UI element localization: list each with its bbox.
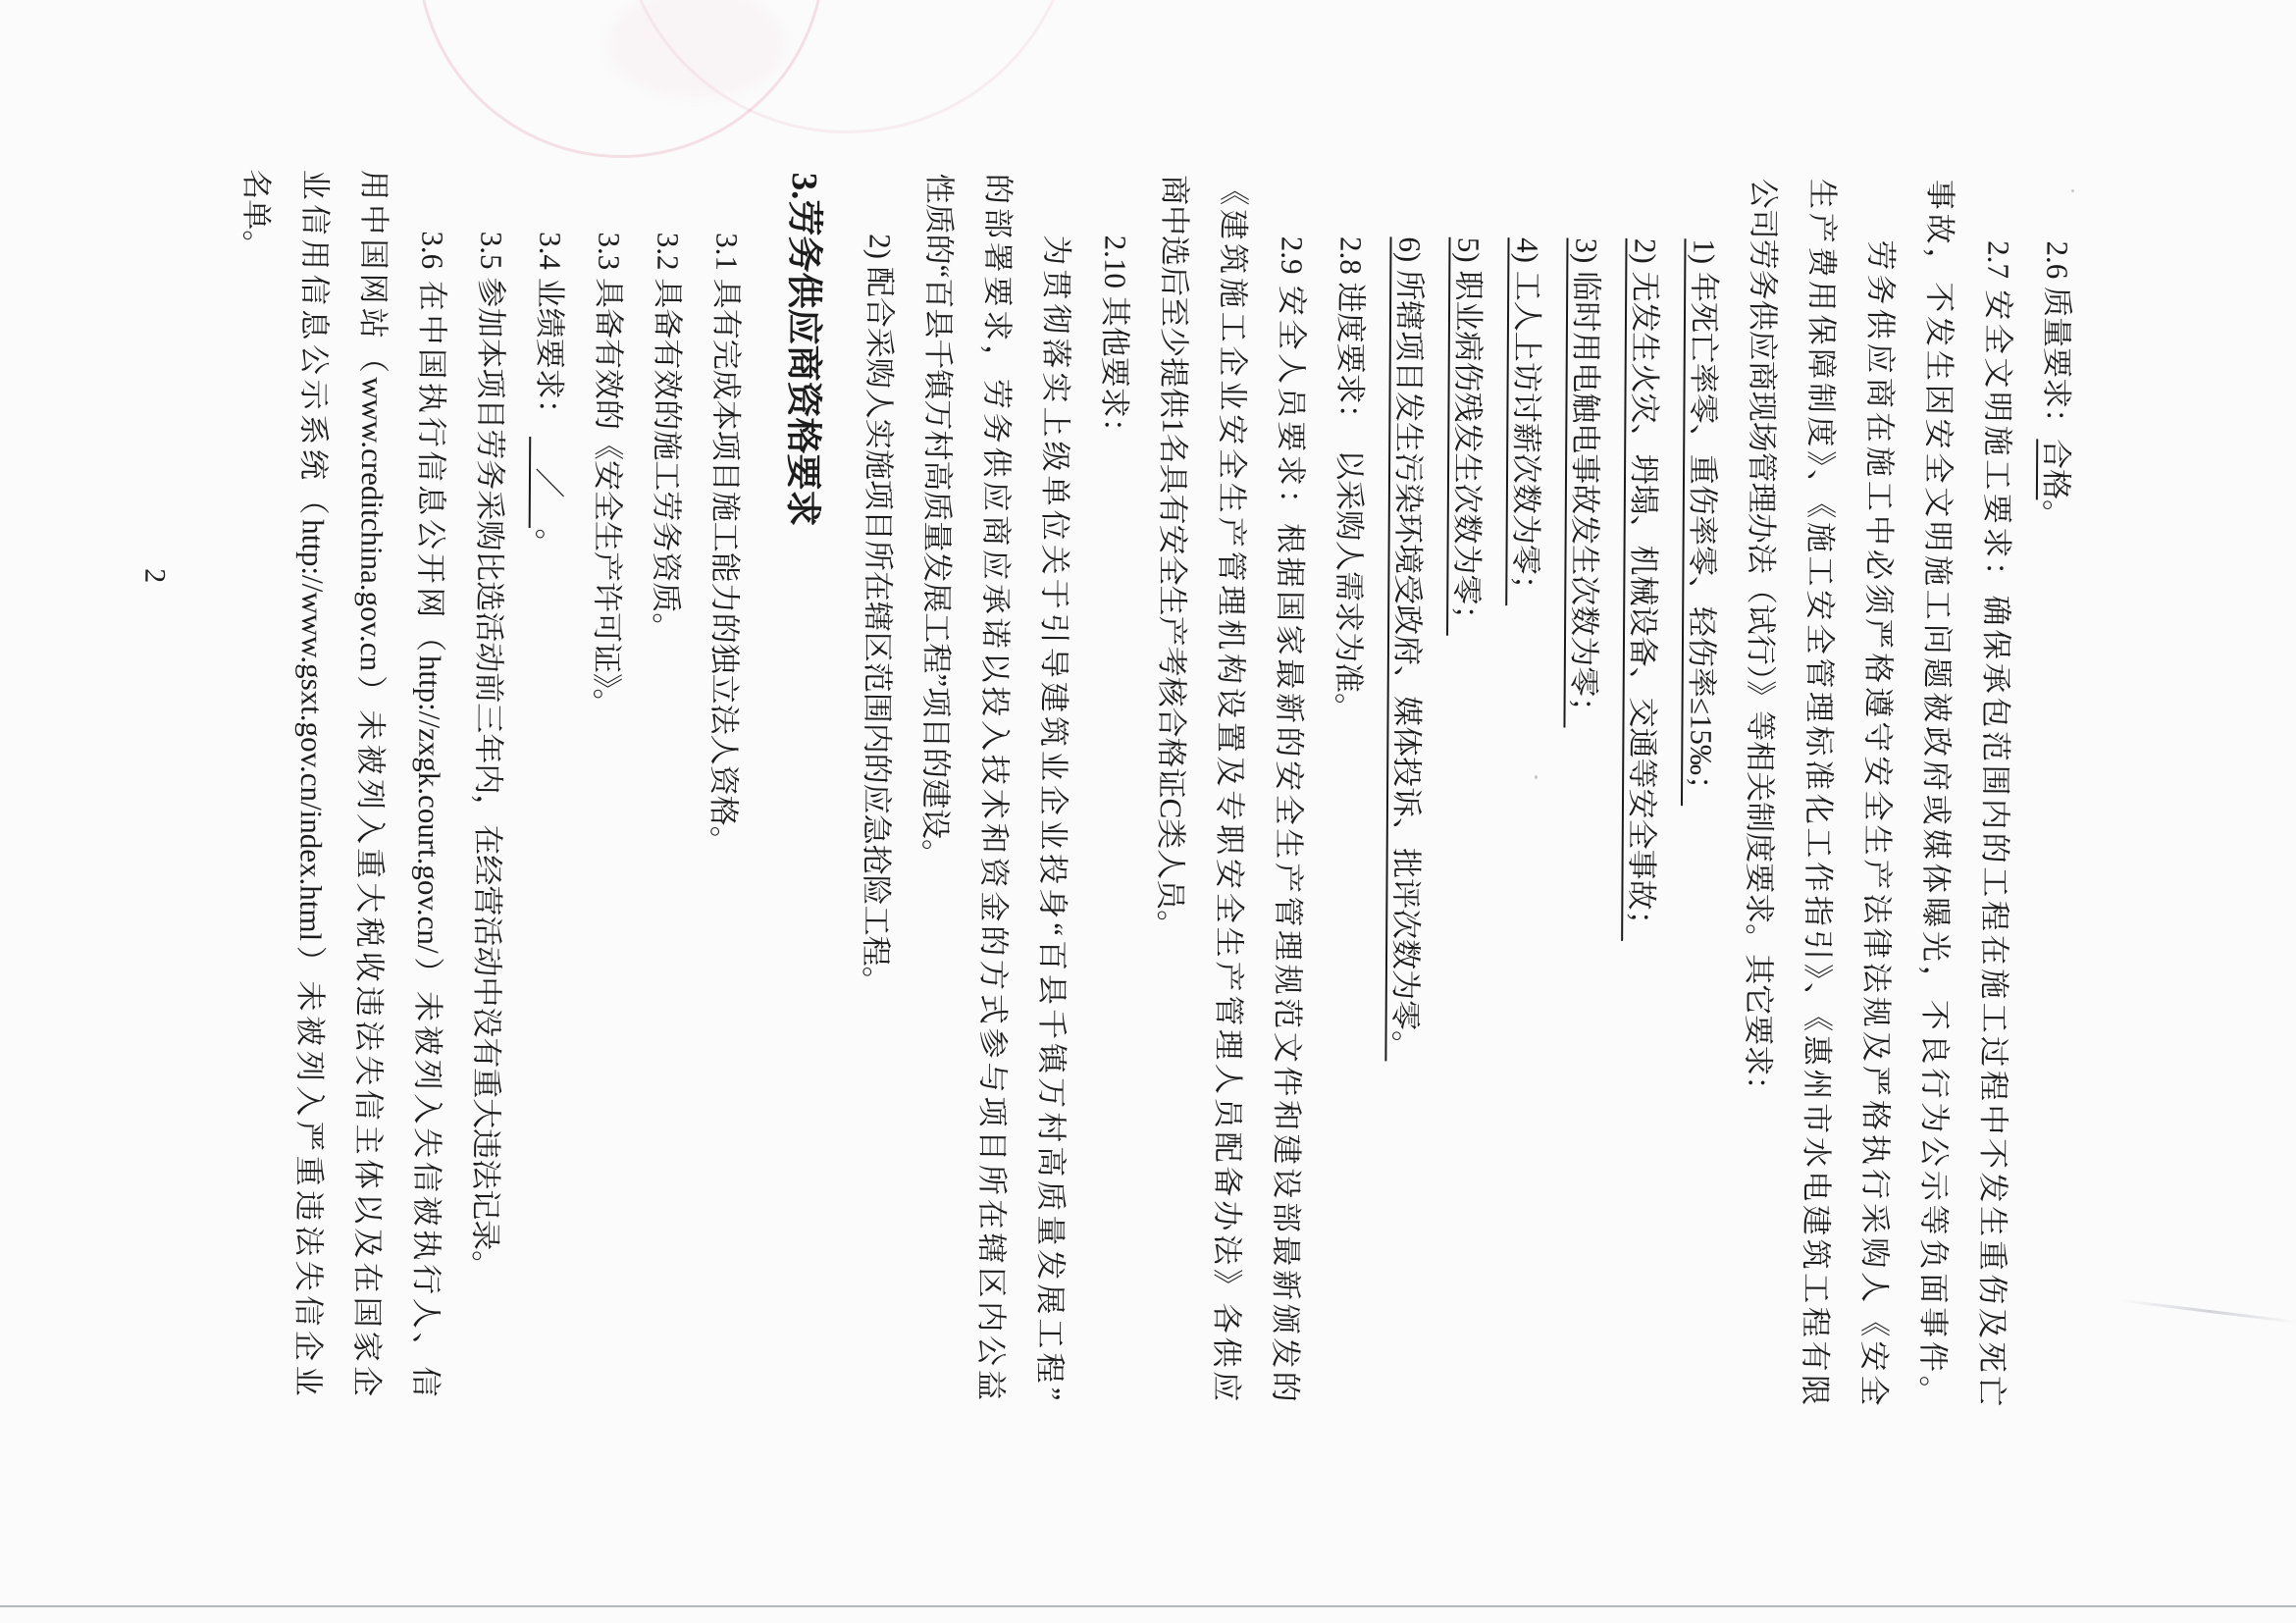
- text-segment: 。: [2039, 499, 2073, 530]
- text-segment: 3.2 具备有效的施工劳务资质。: [649, 233, 686, 644]
- text-segment: 3.1 具有完成本项目施工能力的独立法人资格。: [706, 233, 745, 857]
- text-line: 生产费用保障制度》、《施工安全管理标准化工作指引》、《惠州市水电建筑工程有限: [1785, 179, 1852, 1405]
- text-line: 事故，不发生因安全文明施工问题被政府或媒体曝光，不良行为公示等负面事件。: [1903, 180, 1969, 1406]
- text-segment: 2.9 安全人员要求：根据国家最新的安全生产管理规范文件和建设部最新颁发的: [1268, 236, 1309, 1402]
- text-segment: 3.6 在中国执行信息公开网（http://zxgk.court.gov.cn/…: [408, 231, 449, 1396]
- document-text-block: 2.6 质量要求：合格。2.7 安全文明施工要求：确保承包范围内的工程在施工过程…: [219, 169, 2087, 1407]
- text-segment: 名单。: [238, 169, 274, 260]
- text-line: 劳务供应商在施工中必须严格遵守安全生产法律法规及严格执行采购人《安全: [1844, 179, 1910, 1405]
- text-line: 2) 配合采购人实施项目所在辖区范围内的应急抢险工程。: [843, 173, 910, 1399]
- section-heading: 3.劳务供应商资格要求: [749, 172, 851, 1399]
- text-line: 3.5 参加本项目劳务采购比选活动前三年内，在经营活动中没有重大违法记录。: [454, 171, 521, 1397]
- text-segment: 商中选后至少提供1名具有安全生产考核合格证C类人员。: [1153, 175, 1192, 940]
- underlined-text: 4) 工人上访讨薪次数为零；: [1505, 237, 1544, 605]
- text-segment: 的部署要求，劳务供应商应承诺以投入技术和资金的方式参与项目所在辖区内公益: [973, 174, 1016, 1400]
- text-segment: 事故，不发生因安全文明施工问题被政府或媒体曝光，不良行为公示等负面事件。: [1915, 180, 1957, 1406]
- text-line: 3.6 在中国执行信息公开网（http://zxgk.court.gov.cn/…: [395, 170, 462, 1396]
- text-line: 3.2 具备有效的施工劳务资质。: [631, 172, 698, 1398]
- text-line: 2.7 安全文明施工要求：确保承包范围内的工程在施工过程中不发生重伤及死亡: [1961, 180, 2028, 1406]
- text-line: 3.1 具有完成本项目施工能力的独立法人资格。: [690, 172, 757, 1398]
- text-line: 公司劳务供应商现场管理办法（试行）》等相关制度要求。其它要求：: [1726, 179, 1793, 1405]
- scan-speck: [2071, 189, 2074, 192]
- text-segment: 业信用信息公示系统（http://www.gsxt.gov.cn/index.h…: [290, 170, 333, 1396]
- text-segment: 《建筑施工企业安全生产管理机构设置及专职安全生产管理人员配备办法》各供应: [1209, 175, 1251, 1401]
- text-segment: 公司劳务供应商现场管理办法（试行）》等相关制度要求。其它要求：: [1741, 179, 1781, 1107]
- text-line: 3.4 业绩要求： ／ 。: [513, 171, 580, 1397]
- underlined-text: 3) 临时用电触电事故发生次数为零；: [1563, 237, 1603, 727]
- text-segment: 2) 配合采购人实施项目所在辖区范围内的应急抢险工程。: [859, 234, 898, 997]
- text-line: 2.9 安全人员要求：根据国家最新的安全生产管理规范文件和建设部最新颁发的: [1255, 176, 1322, 1402]
- underlined-text: 合格: [2036, 439, 2073, 499]
- text-segment: 。: [531, 528, 565, 558]
- rotated-page-content: 2.6 质量要求：合格。2.7 安全文明施工要求：确保承包范围内的工程在施工过程…: [0, 0, 2296, 1623]
- text-segment: 2.10 其他要求：: [1097, 236, 1132, 448]
- text-line: 5) 职业病伤残发生次数为零；: [1432, 177, 1498, 1403]
- text-line: 2.8 进度要求： 以采购人需求为准。: [1314, 176, 1381, 1402]
- text-segment: 2.8 进度要求： 以采购人需求为准。: [1331, 236, 1368, 723]
- scanned-document-page: 2.6 质量要求：合格。2.7 安全文明施工要求：确保承包范围内的工程在施工过程…: [0, 0, 2296, 1623]
- underlined-text: 6) 所辖项目发生污染环境受政府、媒体投诉、批评次数为零。: [1384, 236, 1427, 1061]
- text-line: 用中国网站（www.creditchina.gov.cn）未被列入重大税收违法失…: [337, 170, 403, 1396]
- text-line: 《建筑施工企业安全生产管理机构设置及专职安全生产管理人员配备办法》各供应: [1196, 175, 1263, 1401]
- text-line: 商中选后至少提供1名具有安全生产考核合格证C类人员。: [1137, 175, 1204, 1401]
- text-segment: 性质的“百县千镇万村高质量发展工程”项目的建设。: [918, 173, 957, 869]
- text-segment: 2.7 安全文明施工要求：确保承包范围内的工程在施工过程中不发生重伤及死亡: [1974, 240, 2015, 1406]
- text-line: 2.6 质量要求：合格。: [2020, 180, 2087, 1406]
- page-number: 2: [133, 529, 176, 623]
- text-line: 2) 无发生火灾、坍塌、机械设备、交通等安全事故；: [1608, 178, 1675, 1404]
- text-segment: 3.3 具备有效的《安全生产许可证》。: [589, 232, 626, 718]
- underlined-text: 2) 无发生火灾、坍塌、机械设备、交通等安全事故；: [1621, 238, 1662, 941]
- text-line: 为贯彻落实上级单位关于引导建筑业企业投身“百县千镇万村高质量发展工程”: [1019, 174, 1086, 1400]
- text-line: 6) 所辖项目发生污染环境受政府、媒体投诉、批评次数为零。: [1373, 176, 1439, 1402]
- text-line: 的部署要求，劳务供应商应承诺以投入技术和资金的方式参与项目所在辖区内公益: [961, 174, 1027, 1400]
- text-segment: 2.6 质量要求：: [2039, 240, 2074, 439]
- text-segment: 3.劳务供应商资格要求: [782, 173, 824, 527]
- text-line: 1) 年死亡率零、重伤率零、轻伤率≤15‰；: [1667, 178, 1734, 1404]
- text-line: 业信用信息公示系统（http://www.gsxt.gov.cn/index.h…: [278, 169, 344, 1395]
- text-line: 2.10 其他要求：: [1078, 174, 1145, 1400]
- text-line: 名单。: [219, 169, 286, 1395]
- text-segment: 生产费用保障制度》、《施工安全管理标准化工作指引》、《惠州市水电建筑工程有限: [1798, 179, 1840, 1405]
- text-segment: 劳务供应商在施工中必须严格遵守安全生产法律法规及严格执行采购人《安全: [1856, 239, 1898, 1405]
- text-segment: 用中国网站（www.creditchina.gov.cn）未被列入重大税收违法失…: [349, 170, 391, 1396]
- text-segment: 3.5 参加本项目劳务采购比选活动前三年内，在经营活动中没有重大违法记录。: [468, 232, 509, 1282]
- text-line: 3.3 具备有效的《安全生产许可证》。: [572, 171, 639, 1397]
- text-segment: 为贯彻落实上级单位关于引导建筑业企业投身“百县千镇万村高质量发展工程”: [1032, 235, 1073, 1400]
- underlined-text: ／: [529, 437, 567, 528]
- text-line: 3) 临时用电触电事故发生次数为零；: [1549, 177, 1616, 1403]
- text-line: 性质的“百县千镇万村高质量发展工程”项目的建设。: [902, 173, 968, 1399]
- scan-speck: [1535, 775, 1538, 779]
- page-bottom-edge-shadow: [0, 1605, 2296, 1607]
- text-segment: 3.4 业绩要求：: [532, 232, 567, 437]
- underlined-text: 5) 职业病伤残发生次数为零；: [1446, 237, 1486, 636]
- text-line: 4) 工人上访讨薪次数为零；: [1490, 177, 1557, 1403]
- underlined-text: 1) 年死亡率零、重伤率零、轻伤率≤15‰；: [1681, 238, 1722, 806]
